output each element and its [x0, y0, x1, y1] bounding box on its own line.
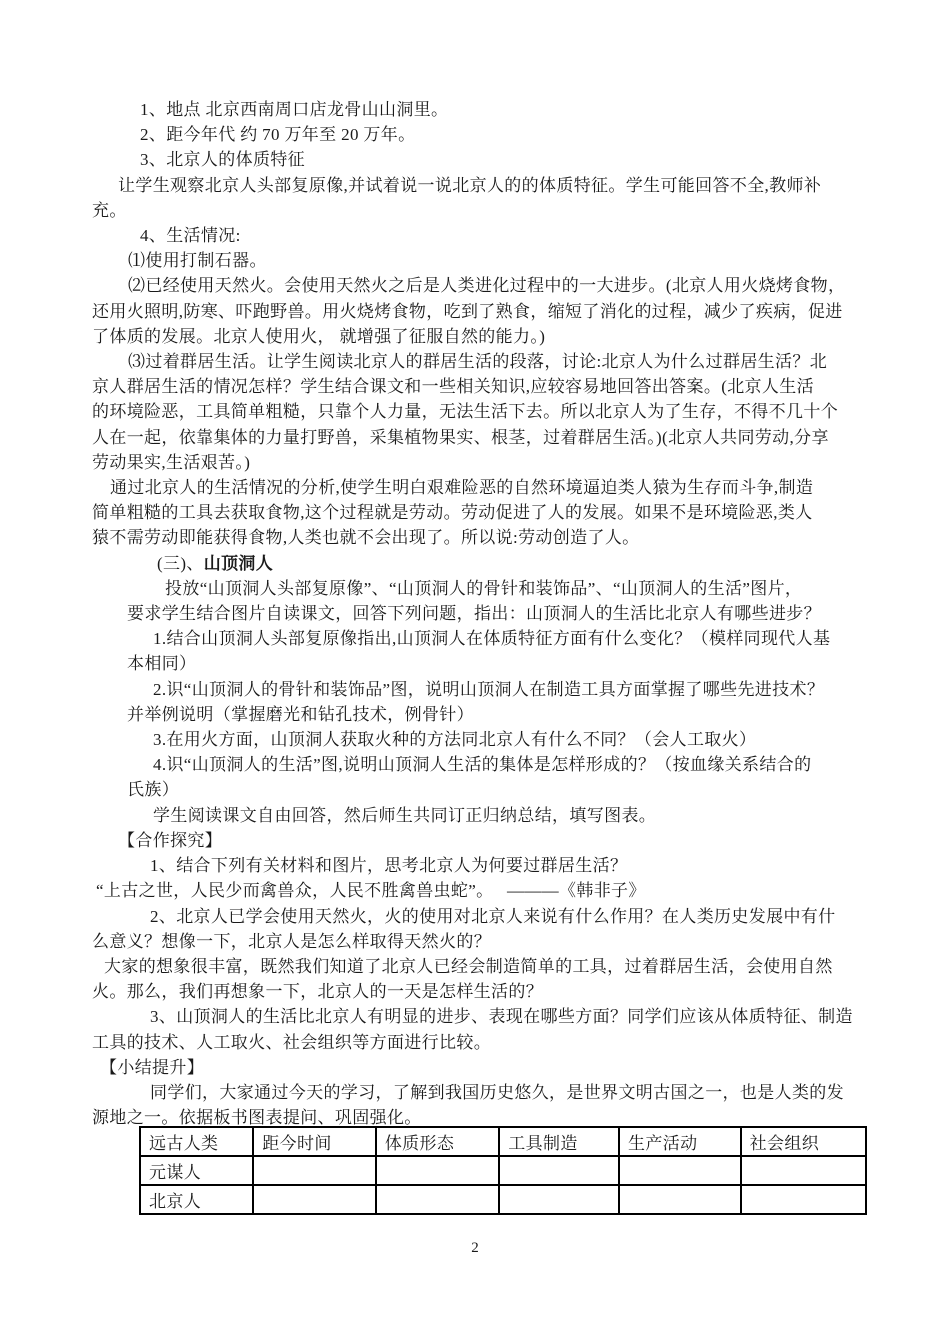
text-line: 并举例说明（掌握磨光和钻孔技术，例骨针） [92, 702, 867, 727]
table-cell: 北京人 [140, 1185, 253, 1214]
text-line: 1、地点 北京西南周口店龙骨山山洞里。 [92, 97, 867, 122]
text-line: 氏族） [92, 777, 867, 802]
text-line: 3.在用火方面，山顶洞人获取火种的方法同北京人有什么不同？（会人工取火） [92, 727, 867, 752]
text-line: 充。 [92, 198, 867, 223]
document-body: 1、地点 北京西南周口店龙骨山山洞里。2、距今年代 约 70 万年至 20 万年… [92, 97, 867, 1215]
text-line: 2、北京人已学会使用天然火，火的使用对北京人来说有什么作用？在人类历史发展中有什 [92, 904, 867, 929]
text-line: 要求学生结合图片自读课文，回答下列问题，指出：山顶洞人的生活比北京人有哪些进步？ [92, 601, 867, 626]
text-line: 【合作探究】 [92, 828, 867, 853]
text-line: ⑶过着群居生活。让学生阅读北京人的群居生活的段落，讨论:北京人为什么过群居生活？… [92, 349, 867, 374]
table-cell [741, 1156, 866, 1185]
text-line: 劳动果实,生活艰苦。) [92, 450, 867, 475]
text-line: 么意义？想像一下，北京人是怎么样取得天然火的？ [92, 929, 867, 954]
table-cell [741, 1185, 866, 1214]
table-cell [253, 1156, 376, 1185]
table-header-cell: 距今时间 [253, 1127, 376, 1156]
text-line: 让学生观察北京人头部复原像,并试着说一说北京人的的体质特征。学生可能回答不全,教… [92, 173, 867, 198]
table-cell: 元谋人 [140, 1156, 253, 1185]
text-line: 猿不需劳动即能获得食物,人类也就不会出现了。所以说:劳动创造了人。 [92, 525, 867, 550]
table-header-cell: 生产活动 [619, 1127, 741, 1156]
table-header-cell: 体质形态 [376, 1127, 499, 1156]
document-page: 1、地点 北京西南周口店龙骨山山洞里。2、距今年代 约 70 万年至 20 万年… [0, 0, 950, 1344]
table-header-cell: 工具制造 [499, 1127, 619, 1156]
text-line: 简单粗糙的工具去获取食物,这个过程就是劳动。劳动促进了人的发展。如果不是环境险恶… [92, 500, 867, 525]
text-line: 3、山顶洞人的生活比北京人有明显的进步、表现在哪些方面？同学们应该从体质特征、制… [92, 1004, 867, 1029]
text-line: 同学们，大家通过今天的学习，了解到我国历史悠久，是世界文明古国之一，也是人类的发 [92, 1080, 867, 1105]
text-line: 工具的技术、人工取火、社会组织等方面进行比较。 [92, 1030, 867, 1055]
table-cell [376, 1185, 499, 1214]
text-line: 4.识“山顶洞人的生活”图,说明山顶洞人生活的集体是怎样形成的？（按血缘关系结合… [92, 752, 867, 777]
text-line: 大家的想象很丰富，既然我们知道了北京人已经会制造简单的工具，过着群居生活，会使用… [92, 954, 867, 979]
page-number: 2 [0, 1240, 950, 1257]
text-line: 还用火照明,防寒、吓跑野兽。用火烧烤食物，吃到了熟食，缩短了消化的过程，减少了疾… [92, 299, 867, 324]
text-line: 了体质的发展。北京人使用火， 就增强了征服自然的能力。) [92, 324, 867, 349]
text-line: 学生阅读课文自由回答，然后师生共同订正归纳总结，填写图表。 [92, 803, 867, 828]
text-line: 4、生活情况: [92, 223, 867, 248]
text-line: 投放“山顶洞人头部复原像”、“山顶洞人的骨针和装饰品”、“山顶洞人的生活”图片， [92, 576, 867, 601]
text-line: 2.识“山顶洞人的骨针和装饰品”图，说明山顶洞人在制造工具方面掌握了哪些先进技术… [92, 677, 867, 702]
table-cell [619, 1185, 741, 1214]
section-heading: 山顶洞人 [204, 554, 273, 573]
body-text: 1、地点 北京西南周口店龙骨山山洞里。2、距今年代 约 70 万年至 20 万年… [92, 97, 867, 1130]
table-row: 元谋人 [140, 1156, 866, 1185]
text-line: 【小结提升】 [92, 1055, 867, 1080]
text-line: 火。那么，我们再想象一下，北京人的一天是怎样生活的？ [92, 979, 867, 1004]
table-cell [499, 1156, 619, 1185]
table-cell [376, 1156, 499, 1185]
text-line: 2、距今年代 约 70 万年至 20 万年。 [92, 122, 867, 147]
ancient-humans-summary-table: 远古人类距今时间体质形态工具制造生产活动社会组织元谋人北京人 [139, 1126, 867, 1215]
text-line: 的环境险恶，工具简单粗糙，只靠个人力量，无法生活下去。所以北京人为了生存，不得不… [92, 399, 867, 424]
text-line: ⑴使用打制石器。 [92, 248, 867, 273]
text-line: 通过北京人的生活情况的分析,使学生明白艰难险恶的自然环境逼迫类人猿为生存而斗争,… [92, 475, 867, 500]
text-line: (三)、山顶洞人 [92, 551, 867, 576]
text-line: 1.结合山顶洞人头部复原像指出,山顶洞人在体质特征方面有什么变化？（模样同现代人… [92, 626, 867, 651]
table-header-cell: 远古人类 [140, 1127, 253, 1156]
table-header-row: 远古人类距今时间体质形态工具制造生产活动社会组织 [140, 1127, 866, 1156]
table-cell [619, 1156, 741, 1185]
table-header-cell: 社会组织 [741, 1127, 866, 1156]
text-line: 1、结合下列有关材料和图片，思考北京人为何要过群居生活？ [92, 853, 867, 878]
text-line: 3、北京人的体质特征 [92, 147, 867, 172]
text-line: ⑵已经使用天然火。会使用天然火之后是人类进化过程中的一大进步。(北京人用火烧烤食… [92, 273, 867, 298]
table-cell [499, 1185, 619, 1214]
table-cell [253, 1185, 376, 1214]
text-line: “上古之世，人民少而禽兽众，人民不胜禽兽虫蛇”。 ———《韩非子》 [92, 878, 867, 903]
text-line: 本相同） [92, 651, 867, 676]
table-row: 北京人 [140, 1185, 866, 1214]
text-line: 京人群居生活的情况怎样？学生结合课文和一些相关知识,应较容易地回答出答案。(北京… [92, 374, 867, 399]
text-line: 人在一起，依靠集体的力量打野兽，采集植物果实、根茎，过着群居生活。)(北京人共同… [92, 425, 867, 450]
section-heading-prefix: (三)、 [157, 554, 204, 573]
